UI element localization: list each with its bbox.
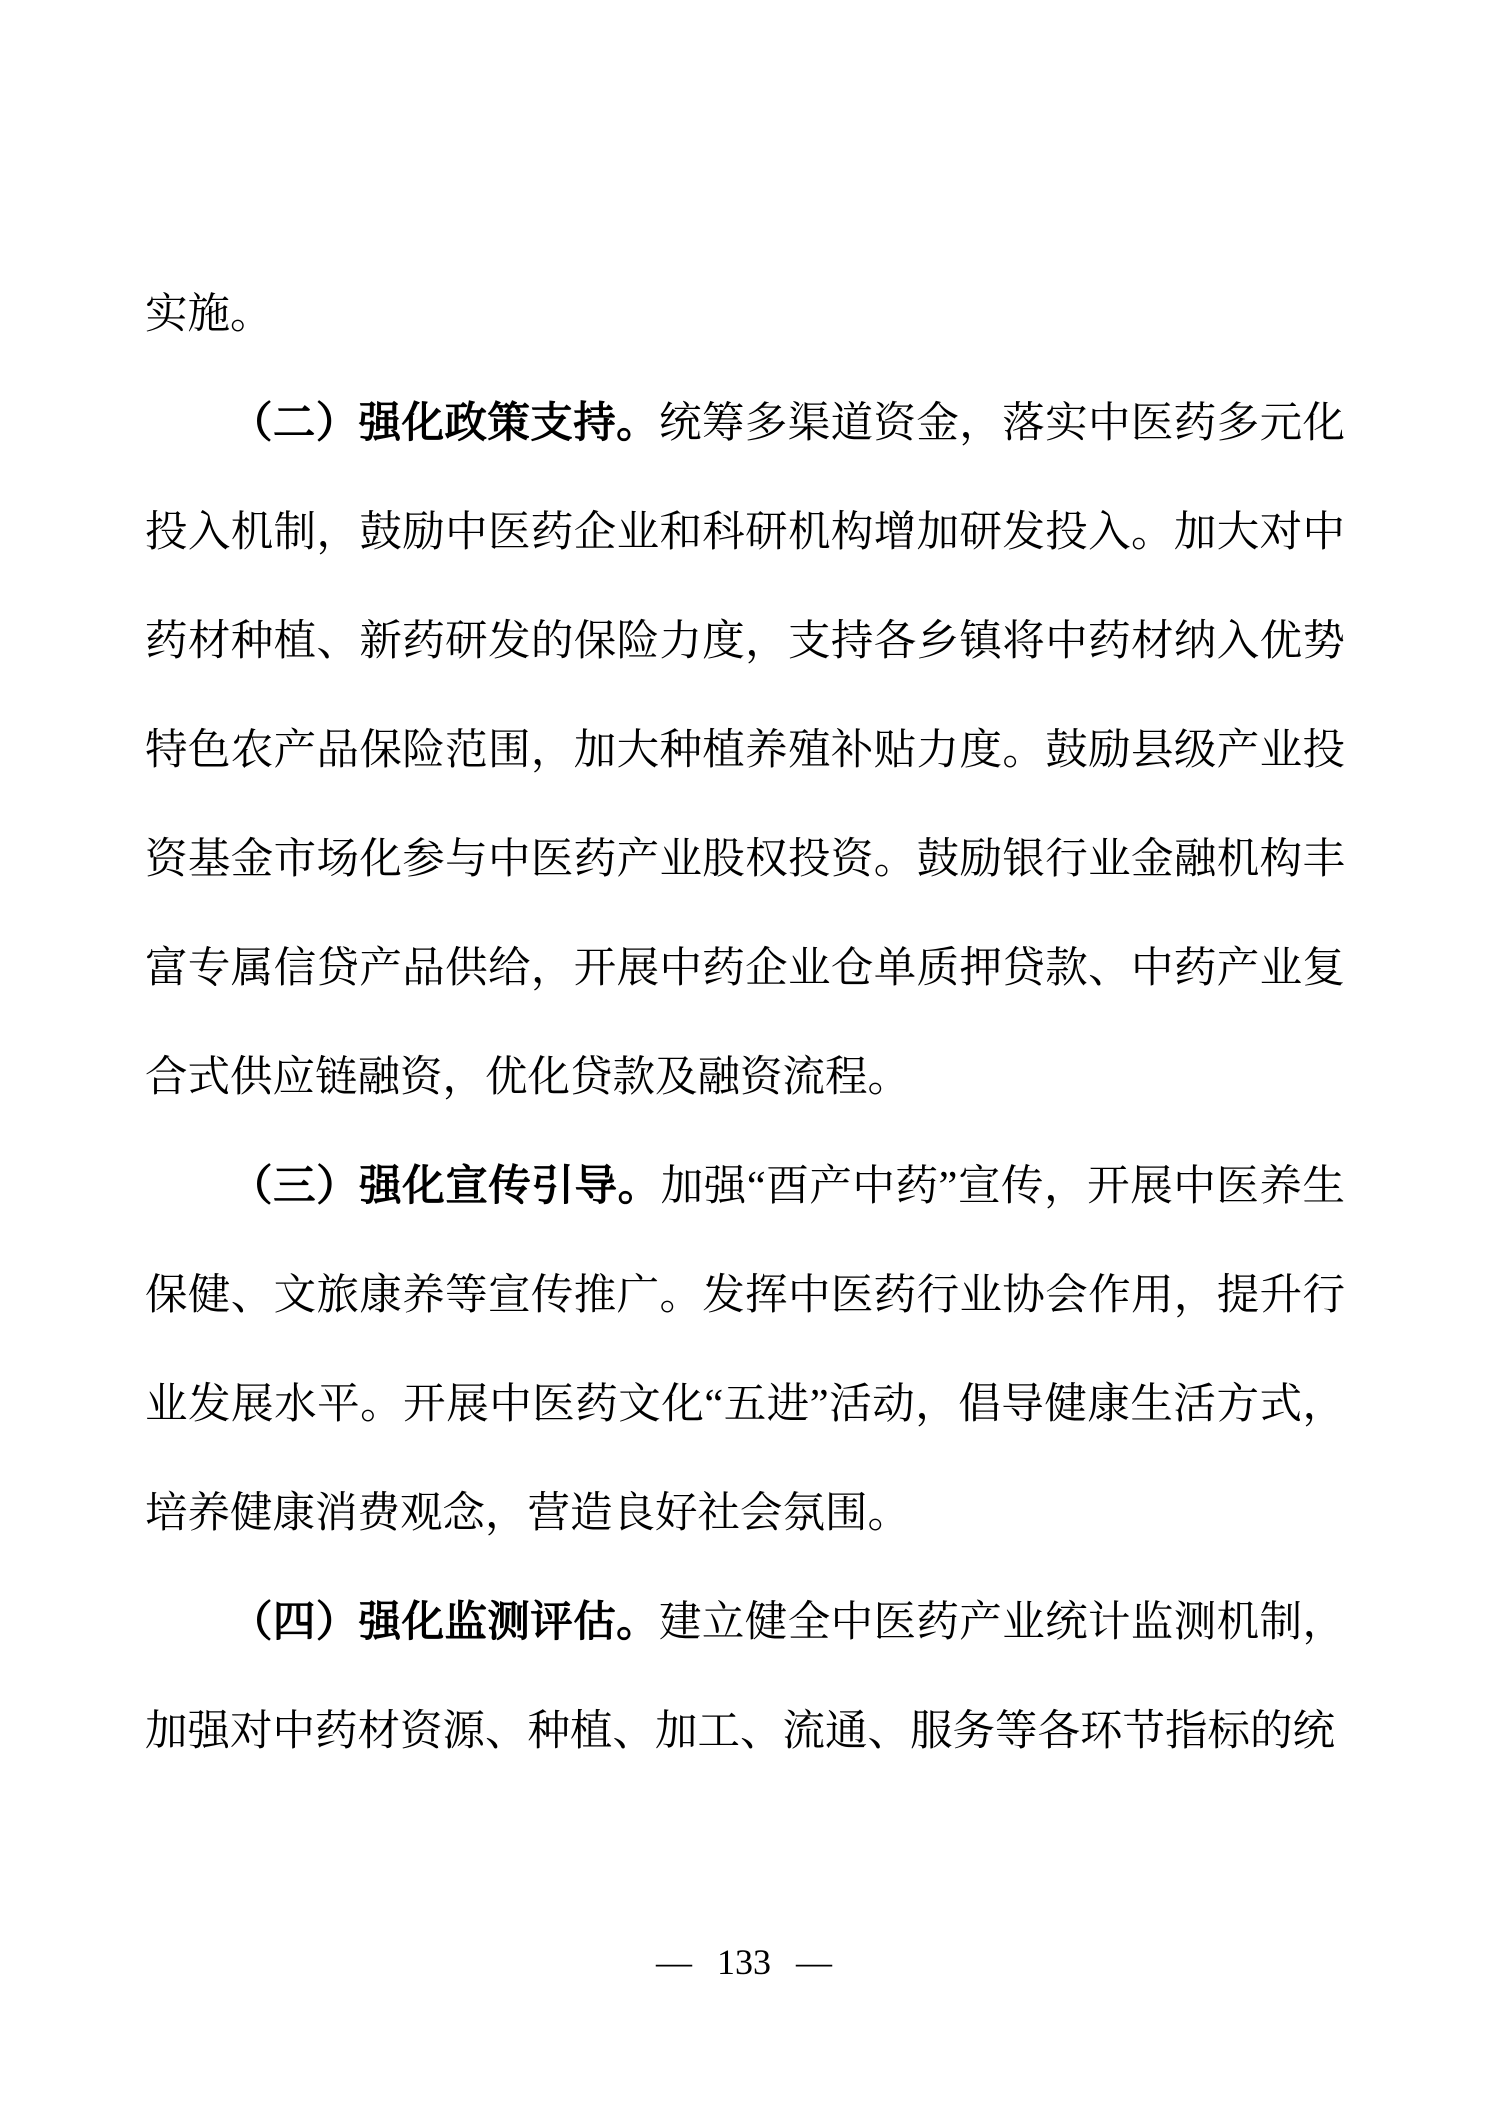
paragraph-section-3: （三）强化宣传引导。加强“酉产中药”宣传，开展中医养生保健、文旅康养等宣传推广。…	[145, 1132, 1345, 1568]
paragraph-text: 加强“酉产中药”宣传，开展中医养生保健、文旅康养等宣传推广。发挥中医药行业协会作…	[145, 1163, 1345, 1537]
paragraph-text: 统筹多渠道资金，落实中医药多元化投入机制，鼓励中医药企业和科研机构增加研发投入。…	[145, 400, 1345, 1101]
paragraph-text: 实施。	[145, 291, 273, 338]
paragraph-section-4: （四）强化监测评估。建立健全中医药产业统计监测机制，加强对中药材资源、种植、加工…	[145, 1568, 1345, 1786]
section-heading: （二）强化政策支持。	[230, 400, 659, 447]
page-number: — 133 —	[0, 1932, 1488, 1992]
paragraph-section-2: （二）强化政策支持。统筹多渠道资金，落实中医药多元化投入机制，鼓励中医药企业和科…	[145, 369, 1345, 1132]
paragraph-continuation: 实施。	[145, 260, 1345, 369]
document-page: 实施。 （二）强化政策支持。统筹多渠道资金，落实中医药多元化投入机制，鼓励中医药…	[0, 0, 1488, 2105]
section-heading: （三）强化宣传引导。	[230, 1163, 661, 1210]
document-body-text: 实施。 （二）强化政策支持。统筹多渠道资金，落实中医药多元化投入机制，鼓励中医药…	[145, 260, 1345, 1786]
section-heading: （四）强化监测评估。	[230, 1599, 659, 1646]
